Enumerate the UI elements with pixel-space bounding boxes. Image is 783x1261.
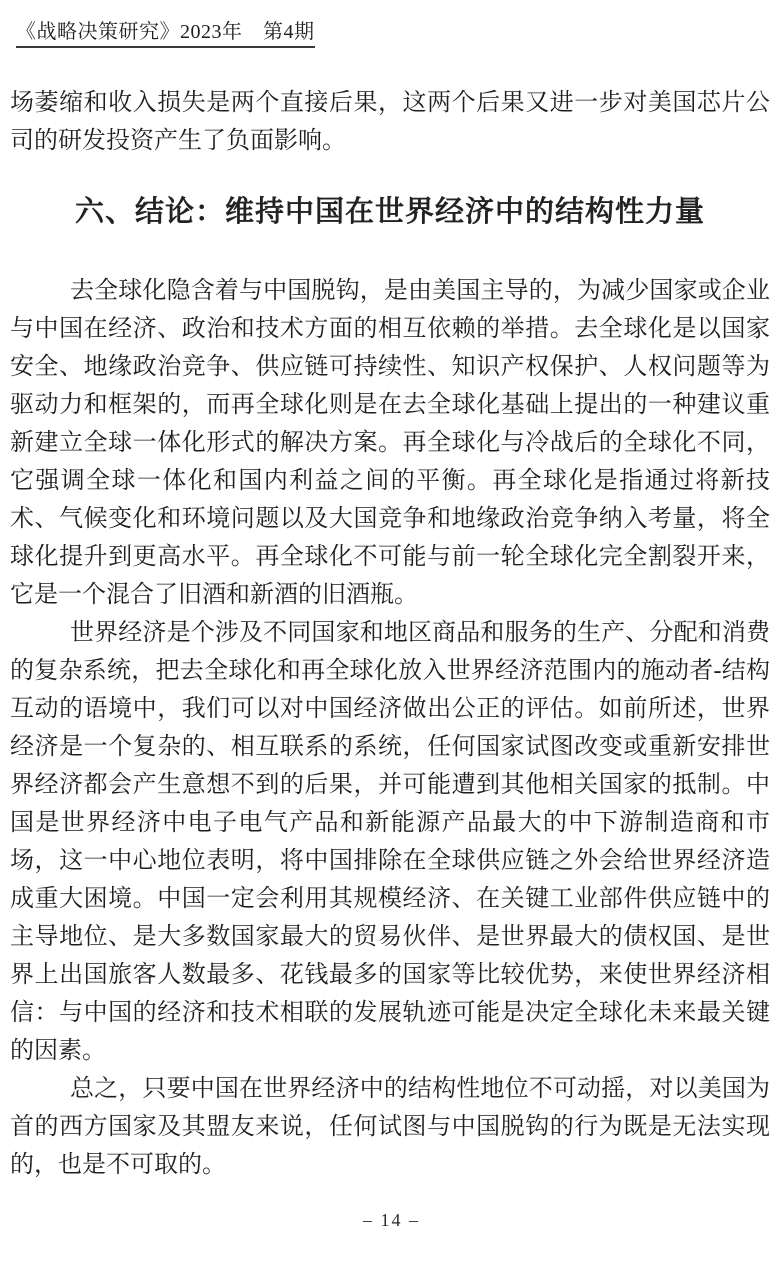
document-page: 《战略决策研究》2023年 第4期 场萎缩和收入损失是两个直接后果，这两个后果又… — [0, 0, 783, 1261]
journal-title-issue: 《战略决策研究》2023年 第4期 — [16, 20, 315, 48]
document-body: 场萎缩和收入损失是两个直接后果，这两个后果又进一步对美国芯片公司的研发投资产生了… — [10, 84, 770, 1184]
paragraph: 总之，只要中国在世界经济中的结构性地位不可动摇，对以美国为首的西方国家及其盟友来… — [10, 1070, 770, 1184]
paragraph: 去全球化隐含着与中国脱钩，是由美国主导的，为减少国家或企业与中国在经济、政治和技… — [10, 272, 770, 614]
paragraph-continuation: 场萎缩和收入损失是两个直接后果，这两个后果又进一步对美国芯片公司的研发投资产生了… — [10, 84, 770, 160]
section-heading: 六、结论：维持中国在世界经济中的结构性力量 — [10, 190, 770, 234]
page-number: – 14 – — [363, 1210, 420, 1230]
page-footer: – 14 – — [0, 1210, 783, 1231]
journal-header: 《战略决策研究》2023年 第4期 — [16, 20, 315, 48]
paragraph: 世界经济是个涉及不同国家和地区商品和服务的生产、分配和消费的复杂系统，把去全球化… — [10, 614, 770, 1070]
